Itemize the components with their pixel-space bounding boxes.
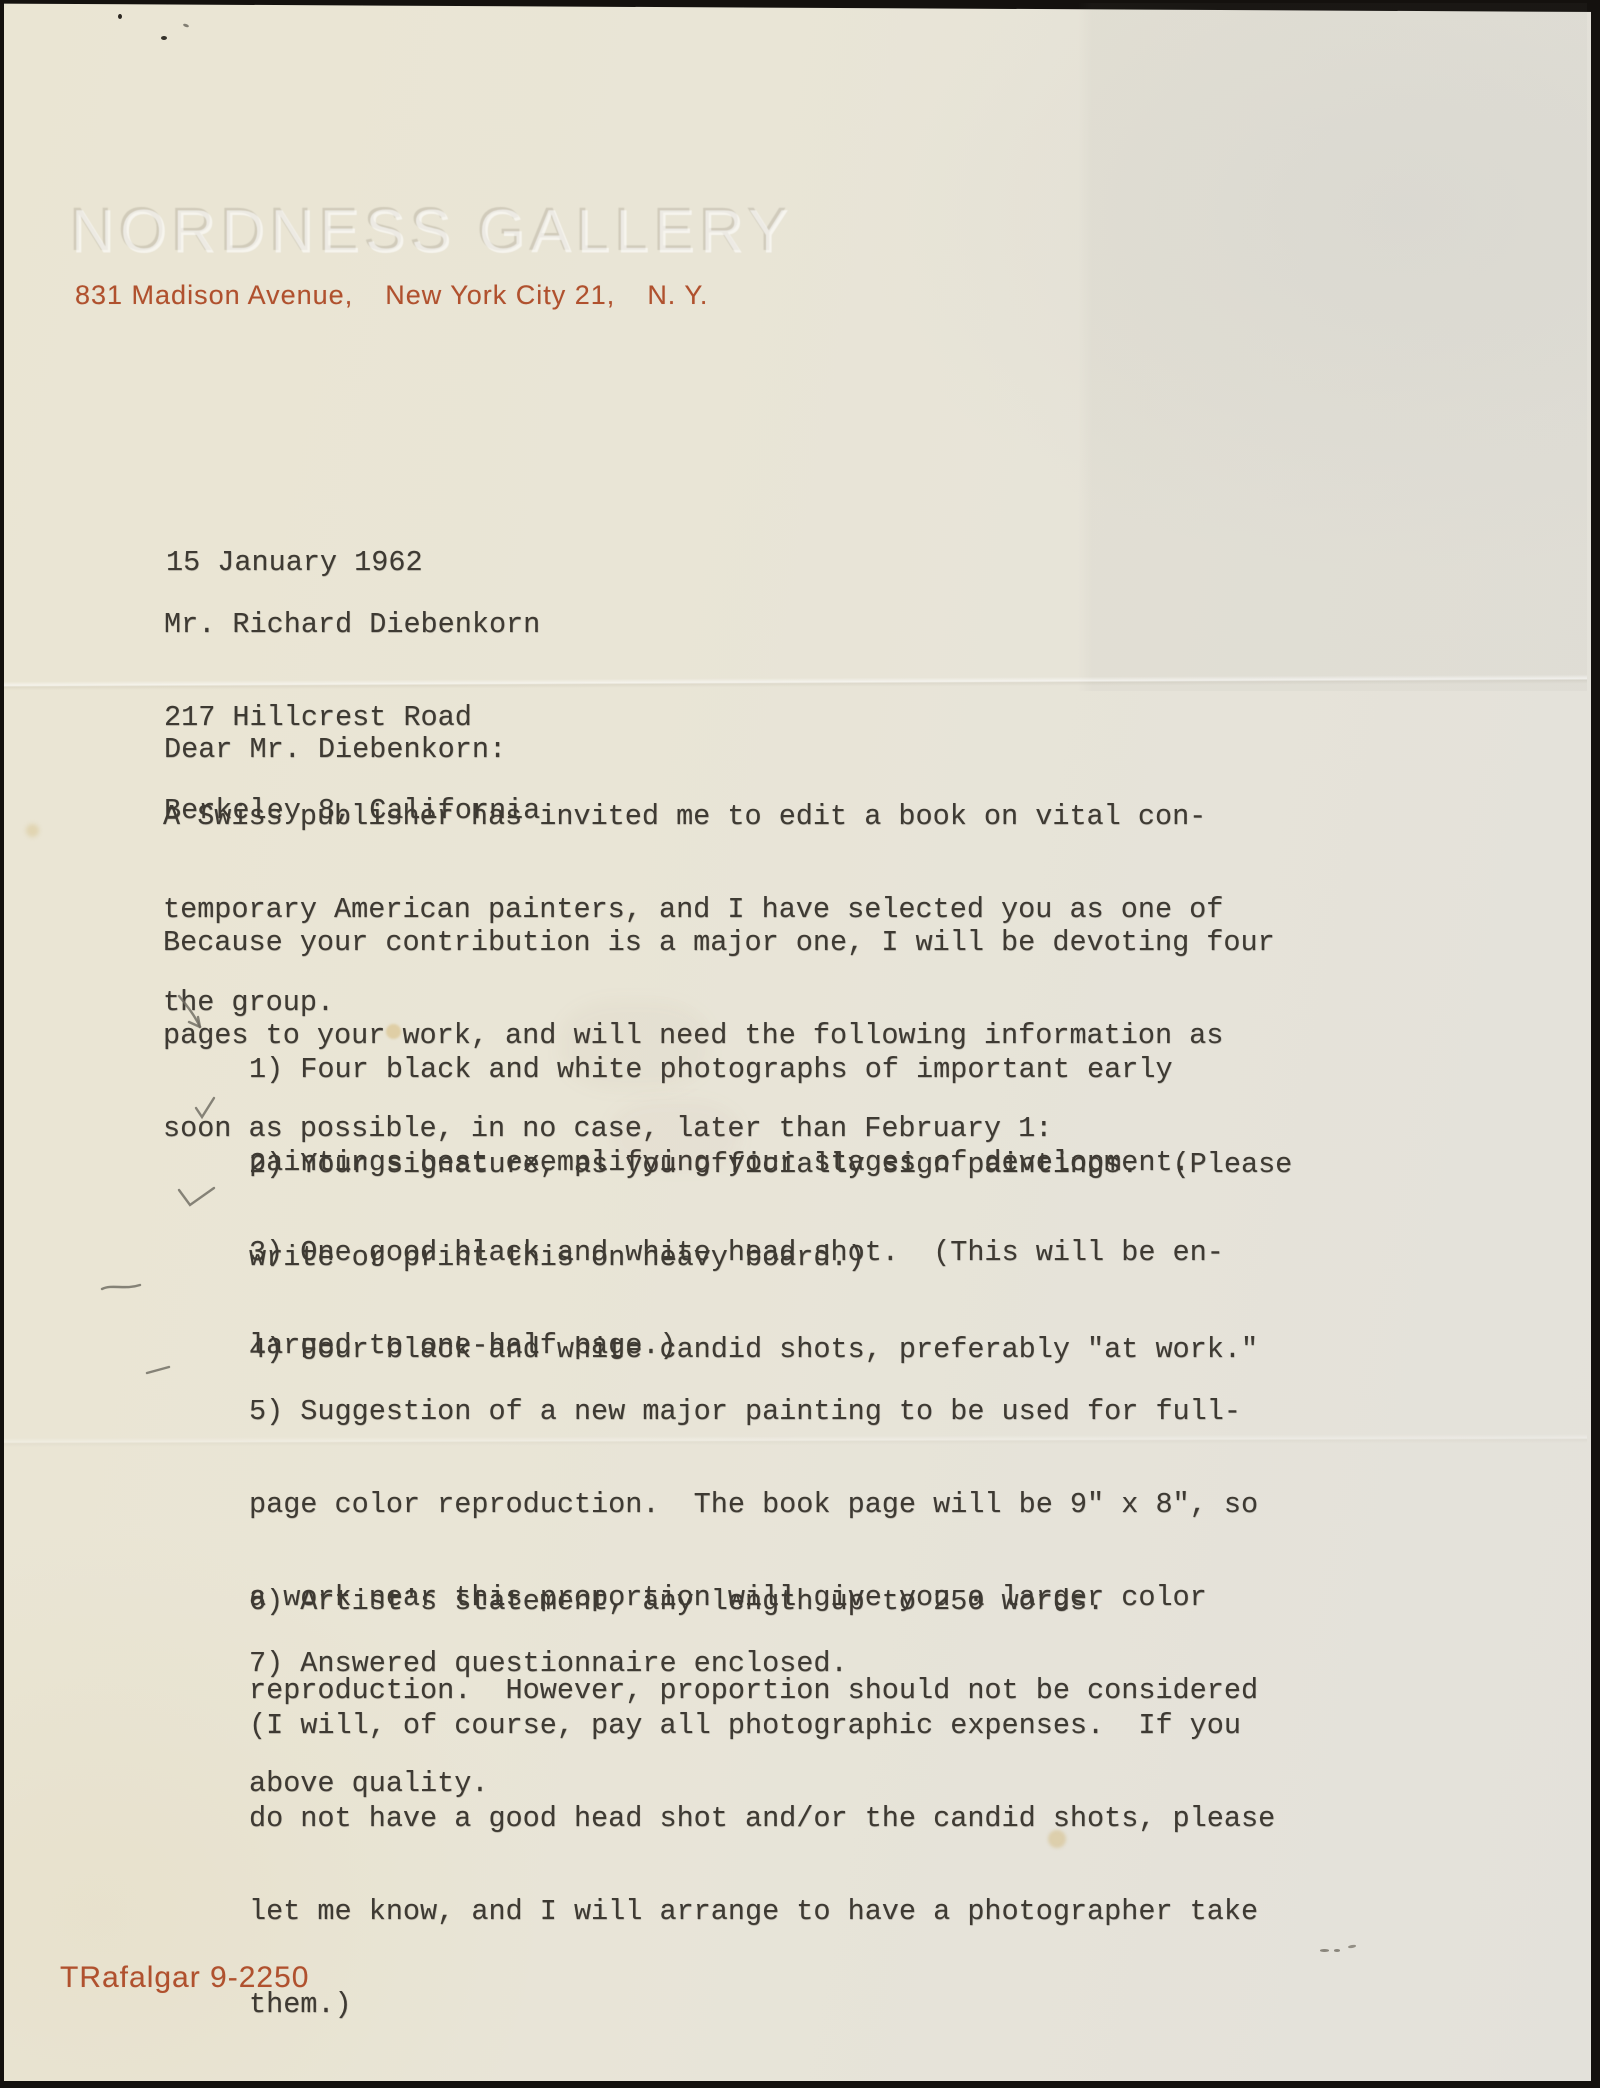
address-state: N. Y. — [647, 280, 708, 310]
pencil-check-item-3 — [176, 1184, 220, 1212]
show-through-smudge — [560, 1000, 710, 1090]
address-city: New York City 21, — [385, 280, 615, 310]
letter-line: A Swiss publisher has invited me to edit… — [163, 801, 1223, 832]
paper-stain — [26, 824, 39, 837]
letter-line: Because your contribution is a major one… — [163, 927, 1275, 958]
letter-line: page color reproduction. The book page w… — [249, 1489, 1258, 1520]
letter-line: them.) — [249, 1989, 1275, 2020]
embossed-gallery-name: NORDNESS GALLERY — [70, 200, 793, 261]
letter-line: let me know, and I will arrange to have … — [249, 1896, 1275, 1927]
address-street: 831 Madison Avenue, — [75, 280, 353, 310]
letter-line: Mr. Richard Diebenkorn — [164, 609, 540, 640]
letter-line: 3) One good black and white head shot. (… — [249, 1237, 1224, 1268]
scanned-letter-page: NORDNESS GALLERY 831 Madison Avenue, New… — [0, 0, 1600, 2088]
paper-stain — [386, 1024, 401, 1039]
pencil-check-arrow-item-1 — [174, 993, 214, 1037]
letter-line: 1) Four black and white photographs of i… — [249, 1054, 1190, 1085]
paper-tone-variation — [1078, 3, 1587, 691]
pencil-speck — [1320, 1949, 1329, 1952]
pencil-dash-item-5 — [144, 1363, 174, 1377]
pencil-check-item-2 — [193, 1095, 219, 1123]
paper-stain — [1048, 1830, 1066, 1848]
paper-speck — [118, 14, 122, 19]
letter-line: 5) Suggestion of a new major painting to… — [249, 1396, 1258, 1427]
letter-line: do not have a good head shot and/or the … — [249, 1803, 1275, 1834]
show-through-smudge — [610, 1100, 740, 1170]
closing-paragraph: (I will, of course, pay all photographic… — [249, 1648, 1275, 2082]
letter-line: (I will, of course, pay all photographic… — [249, 1710, 1275, 1741]
letterhead-address: 831 Madison Avenue, New York City 21, N.… — [75, 280, 708, 310]
paper-speck — [161, 36, 167, 40]
pencil-dash-item-4 — [99, 1280, 145, 1294]
pencil-speck — [1334, 1949, 1340, 1952]
